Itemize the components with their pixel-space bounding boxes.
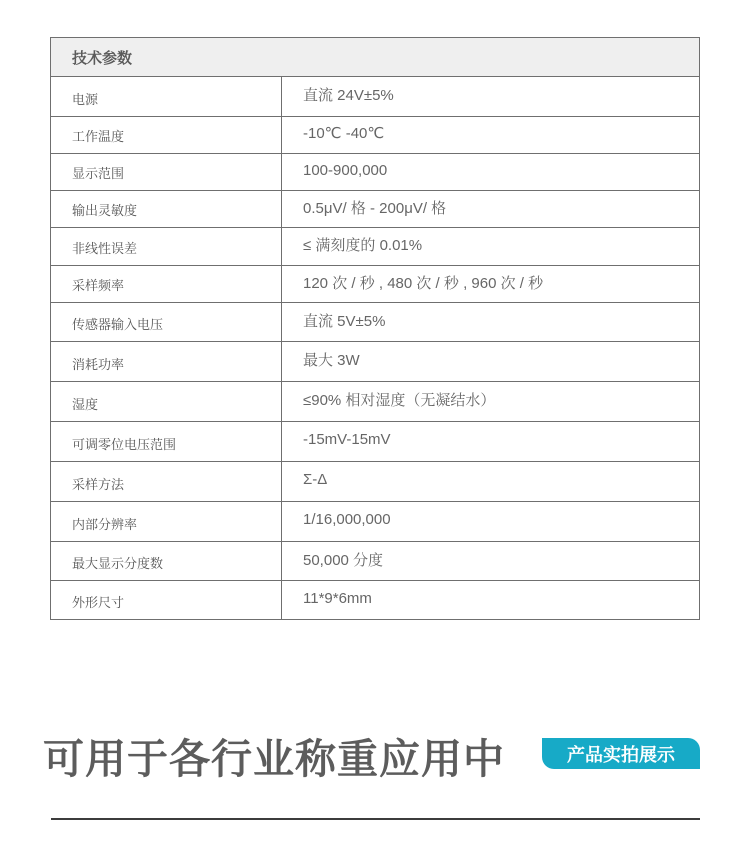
section-headline: 可用于各行业称重应用中	[43, 726, 505, 785]
spec-label: 工作温度	[51, 117, 282, 153]
spec-row: 非线性误差≤ 满刻度的 0.01%	[51, 228, 699, 266]
spec-value: 0.5μV/ 格 - 200μV/ 格	[282, 191, 699, 227]
spec-row: 消耗功率最大 3W	[51, 342, 699, 382]
spec-value: -15mV-15mV	[282, 422, 699, 461]
spec-label: 采样频率	[51, 266, 282, 302]
spec-value: 最大 3W	[282, 342, 699, 381]
spec-row: 传感器输入电压直流 5V±5%	[51, 303, 699, 342]
spec-row: 显示范围100-900,000	[51, 154, 699, 191]
spec-value: 直流 24V±5%	[282, 77, 699, 116]
spec-row: 电源直流 24V±5%	[51, 77, 699, 117]
spec-value: ≤90% 相对湿度（无凝结水）	[282, 382, 699, 421]
spec-label: 显示范围	[51, 154, 282, 190]
spec-label: 非线性误差	[51, 228, 282, 265]
spec-label: 内部分辨率	[51, 502, 282, 541]
spec-value: 50,000 分度	[282, 542, 699, 580]
spec-value: ≤ 满刻度的 0.01%	[282, 228, 699, 265]
spec-value: 100-900,000	[282, 154, 699, 190]
spec-label: 湿度	[51, 382, 282, 421]
spec-label: 输出灵敏度	[51, 191, 282, 227]
spec-value: 直流 5V±5%	[282, 303, 699, 341]
product-photos-badge: 产品实拍展示	[542, 738, 700, 769]
spec-row: 可调零位电压范围-15mV-15mV	[51, 422, 699, 462]
spec-row: 最大显示分度数50,000 分度	[51, 542, 699, 581]
spec-row: 外形尺寸11*9*6mm	[51, 581, 699, 619]
spec-row: 采样频率120 次 / 秒 , 480 次 / 秒 , 960 次 / 秒	[51, 266, 699, 303]
spec-label: 可调零位电压范围	[51, 422, 282, 461]
spec-value: 11*9*6mm	[282, 581, 699, 619]
spec-value: -10℃ -40℃	[282, 117, 699, 153]
spec-label: 传感器输入电压	[51, 303, 282, 341]
spec-row: 湿度≤90% 相对湿度（无凝结水）	[51, 382, 699, 422]
spec-value: 120 次 / 秒 , 480 次 / 秒 , 960 次 / 秒	[282, 266, 699, 302]
spec-table-title: 技术参数	[51, 38, 699, 77]
spec-row: 输出灵敏度0.5μV/ 格 - 200μV/ 格	[51, 191, 699, 228]
spec-table: 技术参数 电源直流 24V±5%工作温度-10℃ -40℃显示范围100-900…	[50, 37, 700, 620]
spec-label: 采样方法	[51, 462, 282, 501]
spec-label: 最大显示分度数	[51, 542, 282, 580]
spec-label: 消耗功率	[51, 342, 282, 381]
spec-row: 内部分辨率1/16,000,000	[51, 502, 699, 542]
spec-row: 采样方法Σ-Δ	[51, 462, 699, 502]
spec-value: Σ-Δ	[282, 462, 699, 501]
spec-row: 工作温度-10℃ -40℃	[51, 117, 699, 154]
spec-value: 1/16,000,000	[282, 502, 699, 541]
spec-label: 外形尺寸	[51, 581, 282, 619]
section-divider	[51, 818, 700, 820]
spec-label: 电源	[51, 77, 282, 116]
